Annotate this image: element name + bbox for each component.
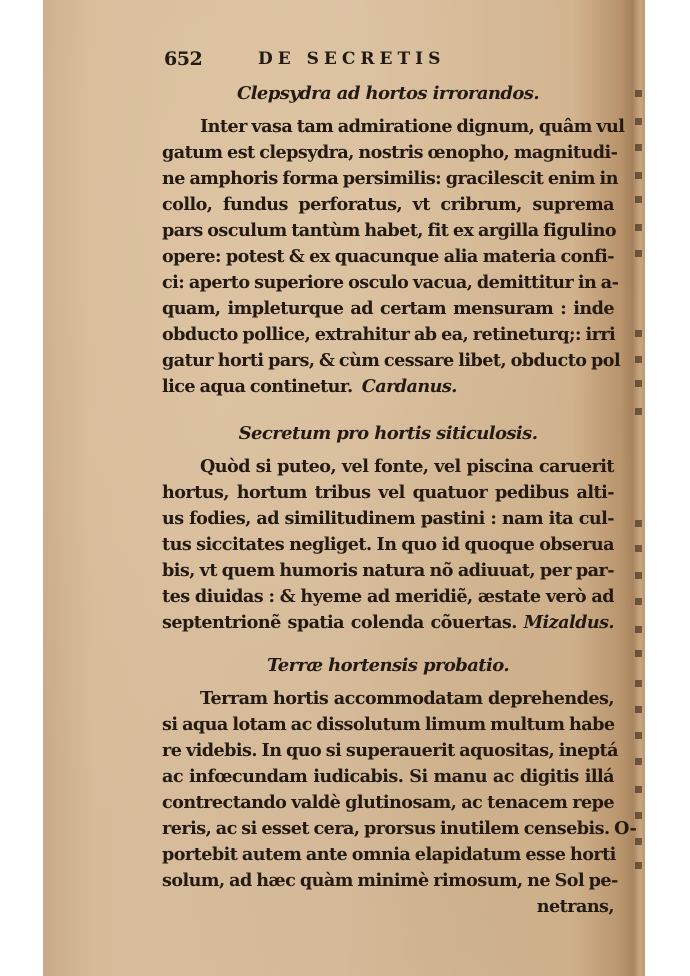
text-line: re videbis. In quo si superauerit aquosi… xyxy=(162,738,614,764)
text-line: Quòd si puteo, vel fonte, vel piscina ca… xyxy=(162,454,614,480)
running-head: 652 DE SECRETIS xyxy=(162,48,614,76)
section-title: Terræ hortensis probatio. xyxy=(162,652,614,680)
paragraph: Quòd si puteo, vel fonte, vel piscina ca… xyxy=(162,454,614,636)
text-fragment: lice aqua continetur. xyxy=(162,376,353,397)
section-title: Clepsydra ad hortos irrorandos. xyxy=(162,80,614,108)
text-line: portebit autem ante omnia elapidatum ess… xyxy=(162,842,614,868)
text-line: contrectando valdè glutinosam, ac tenace… xyxy=(162,790,614,816)
paragraph: Terram hortis accommodatam deprehendes, … xyxy=(162,686,614,920)
text-line: collo, fundus perforatus, vt cribrum, su… xyxy=(162,192,614,218)
catchword: netrans, xyxy=(162,894,614,920)
text-line: tes diuidas : & hyeme ad meridiẽ, æstate… xyxy=(162,584,614,610)
page-text: 652 DE SECRETIS Clepsydra ad hortos irro… xyxy=(162,48,614,920)
text-line: us fodies, ad similitudinem pastini : na… xyxy=(162,506,614,532)
text-line: bis, vt quem humoris natura nõ adiuuat, … xyxy=(162,558,614,584)
text-fragment: septentrionẽ spatia colenda cõuertas. xyxy=(162,612,517,633)
text-line: solum, ad hæc quàm minimè rimosum, ne So… xyxy=(162,868,614,894)
running-title: DE SECRETIS xyxy=(258,49,445,69)
text-line: pars osculum tantùm habet, fit ex argill… xyxy=(162,218,614,244)
author-attribution: Mizaldus. xyxy=(524,612,614,633)
page-number: 652 xyxy=(164,48,202,70)
text-line: tus siccitates negliget. In quo id quoqu… xyxy=(162,532,614,558)
text-line: Inter vasa tam admiratione dignum, quâm … xyxy=(162,114,614,140)
author-attribution: Cardanus. xyxy=(362,376,457,397)
section-title: Secretum pro hortis siticulosis. xyxy=(162,420,614,448)
text-line: hortus, hortum tribus vel quatuor pedibu… xyxy=(162,480,614,506)
text-line: si aqua lotam ac dissolutum limum multum… xyxy=(162,712,614,738)
paragraph: Inter vasa tam admiratione dignum, quâm … xyxy=(162,114,614,400)
text-line: reris, ac si esset cera, prorsus inutile… xyxy=(162,816,614,842)
text-line: quam, impleturque ad certam mensuram : i… xyxy=(162,296,614,322)
text-line: lice aqua continetur. Cardanus. xyxy=(162,374,614,400)
text-line: gatur horti pars, & cùm cessare libet, o… xyxy=(162,348,614,374)
text-line: ne amphoris forma persimilis: gracilesci… xyxy=(162,166,614,192)
text-line: ci: aperto superiore osculo vacua, demit… xyxy=(162,270,614,296)
text-line: obducto pollice, extrahitur ab ea, retin… xyxy=(162,322,614,348)
text-line: septentrionẽ spatia colenda cõuertas. Mi… xyxy=(162,610,614,636)
text-line: gatum est clepsydra, nostris œnopho, mag… xyxy=(162,140,614,166)
text-line: opere: potest & ex quacunque alia materi… xyxy=(162,244,614,270)
text-line: ac infœcundam iudicabis. Si manu ac digi… xyxy=(162,764,614,790)
text-line: Terram hortis accommodatam deprehendes, xyxy=(162,686,614,712)
